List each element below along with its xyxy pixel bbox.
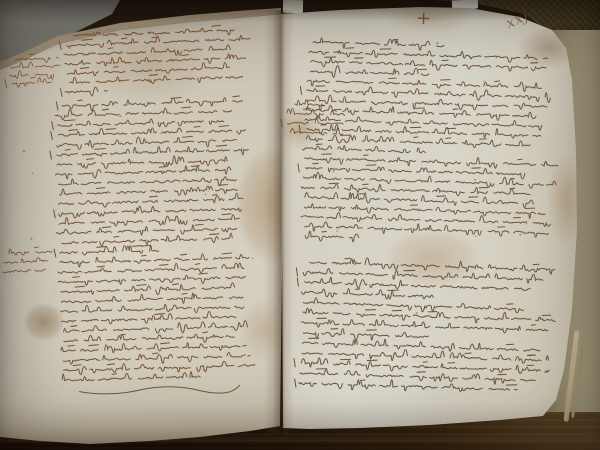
manuscript-photo: + xxj	[0, 0, 600, 450]
binding-gutter-crease	[264, 10, 294, 434]
invocation-cross-mark: +	[416, 8, 432, 30]
